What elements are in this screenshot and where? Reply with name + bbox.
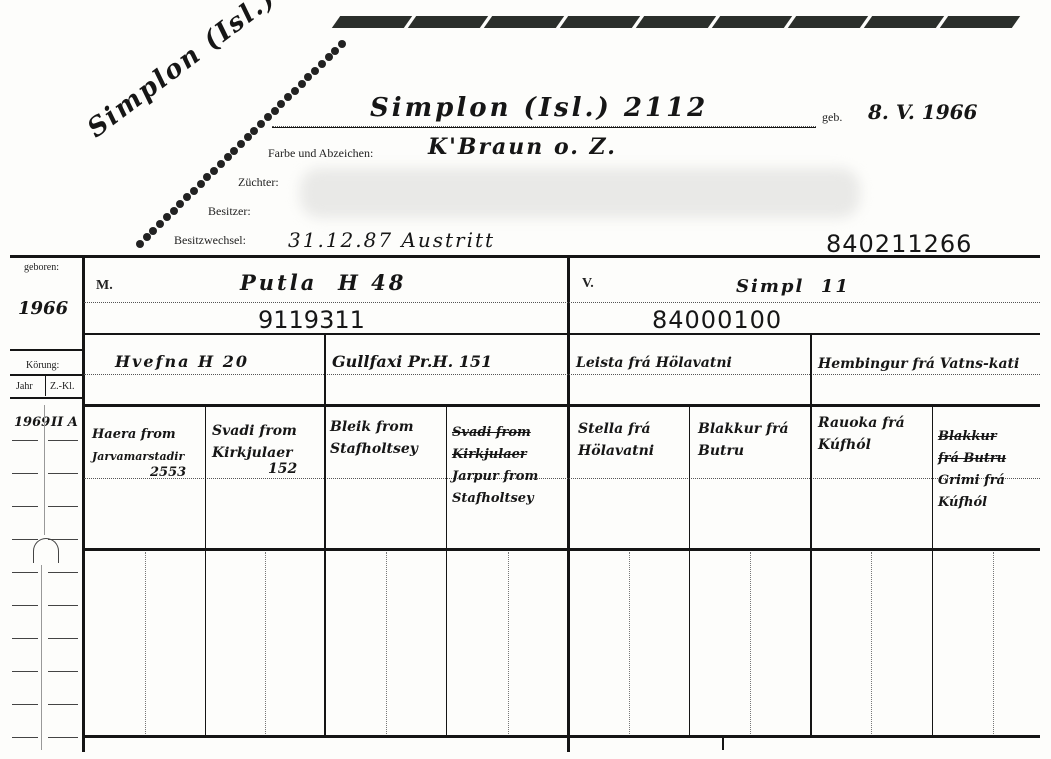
tick-mark: [12, 605, 38, 606]
tick-mark: [48, 737, 78, 738]
sire-ancestor-2: Blakkur frá Butru: [698, 418, 789, 462]
decorative-dot: [271, 107, 279, 115]
decorative-dot: [298, 80, 306, 88]
born-label: geb.: [822, 110, 842, 125]
decorative-dot: [318, 60, 326, 68]
dam-ancestor-2: Svadi from Kirkjulaer 152: [212, 420, 297, 480]
dam-name: Putla H 48: [240, 270, 406, 295]
decorative-dot: [183, 193, 191, 201]
sire-ancestor-4: Blakkur frá Butru Grimi frá Kúfhól: [938, 426, 1006, 514]
redacted-breeder-owner: [300, 168, 860, 218]
decorative-dot: [224, 153, 232, 161]
tick-mark: [48, 506, 78, 507]
decorative-dot: [311, 67, 319, 75]
dam-ancestor-1: Haera from Jarvamarstadir 2553: [92, 424, 186, 484]
year-header: Jahr: [16, 381, 33, 392]
sire-ancestor-1: Stella frá Hölavatni: [578, 418, 654, 462]
decorative-dot: [217, 160, 225, 168]
decorative-dot: [244, 133, 252, 141]
decorative-dot: [197, 180, 205, 188]
tick-mark: [12, 572, 38, 573]
tick-mark: [12, 539, 38, 540]
tick-mark: [48, 440, 78, 441]
tick-mark: [48, 638, 78, 639]
tick-mark: [48, 539, 78, 540]
owner-change-value: 31.12.87 Austritt: [288, 228, 495, 252]
born-date: 8. V. 1966: [868, 100, 977, 124]
horse-name: Simplon (Isl.) 2112: [370, 93, 708, 123]
sire-number: 84000100: [652, 306, 782, 334]
decorative-dot: [304, 73, 312, 81]
breeder-label: Züchter:: [238, 175, 279, 190]
sire-grandsire: Leista frá Hölavatni: [576, 355, 732, 371]
decorative-dot: [325, 53, 333, 61]
decorative-dot: [284, 93, 292, 101]
decorative-dot: [331, 47, 339, 55]
tick-mark: [12, 704, 38, 705]
tick-mark: [12, 440, 38, 441]
dam-number: 9119311: [258, 306, 365, 334]
tick-mark: [12, 638, 38, 639]
decorative-dot: [338, 40, 346, 48]
tick-mark: [48, 671, 78, 672]
decorative-dot: [176, 200, 184, 208]
decorative-dot: [203, 173, 211, 181]
decorative-dot: [230, 147, 238, 155]
decorative-dot: [250, 127, 258, 135]
dam-grandsire: Hvefna H 20: [115, 352, 249, 371]
decorative-dot: [190, 187, 198, 195]
sire-granddam: Hembingur frá Vatns-kati: [818, 352, 1038, 376]
decorative-dot: [156, 220, 164, 228]
decorative-dot: [277, 100, 285, 108]
koerung-label: Körung:: [26, 360, 59, 371]
tick-mark: [48, 572, 78, 573]
tick-mark: [12, 506, 38, 507]
dam-ancestor-3: Bleik from Stafholtsey: [330, 416, 418, 460]
registration-number: 840211266: [826, 230, 972, 258]
decorative-dot: [210, 167, 218, 175]
decorative-dot: [143, 233, 151, 241]
tick-mark: [48, 473, 78, 474]
tick-mark: [12, 671, 38, 672]
decorative-dot: [149, 227, 157, 235]
sire-label: V.: [582, 276, 594, 292]
owner-label: Besitzer:: [208, 204, 251, 219]
decorative-dot: [163, 213, 171, 221]
owner-change-label: Besitzwechsel:: [174, 233, 246, 248]
class-header: Z.-Kl.: [50, 381, 74, 392]
tick-mark: [48, 704, 78, 705]
tick-mark: [48, 605, 78, 606]
decorative-dot: [237, 140, 245, 148]
dam-ancestor-4: Svadi from Kirkjulaer Jarpur from Stafho…: [452, 422, 538, 510]
sire-name: Simpl 11: [736, 276, 850, 297]
punch-hole-mark: [33, 538, 59, 563]
dam-label: M.: [96, 278, 113, 294]
born-year-label: geboren:: [24, 262, 59, 273]
koerung-class: II A: [51, 415, 78, 430]
tick-mark: [12, 473, 38, 474]
dam-granddam: Gullfaxi Pr.H. 151: [332, 352, 492, 371]
decorative-dot: [264, 113, 272, 121]
color-value: K'Braun o. Z.: [428, 134, 617, 160]
decorative-dot: [257, 120, 265, 128]
decorative-dot: [136, 240, 144, 248]
color-label: Farbe und Abzeichen:: [268, 146, 373, 161]
born-year: 1966: [18, 298, 68, 319]
sire-ancestor-3: Rauoka frá Kúfhól: [818, 412, 905, 456]
decorative-dot: [291, 87, 299, 95]
tick-mark: [12, 737, 38, 738]
decorative-dot: [170, 207, 178, 215]
